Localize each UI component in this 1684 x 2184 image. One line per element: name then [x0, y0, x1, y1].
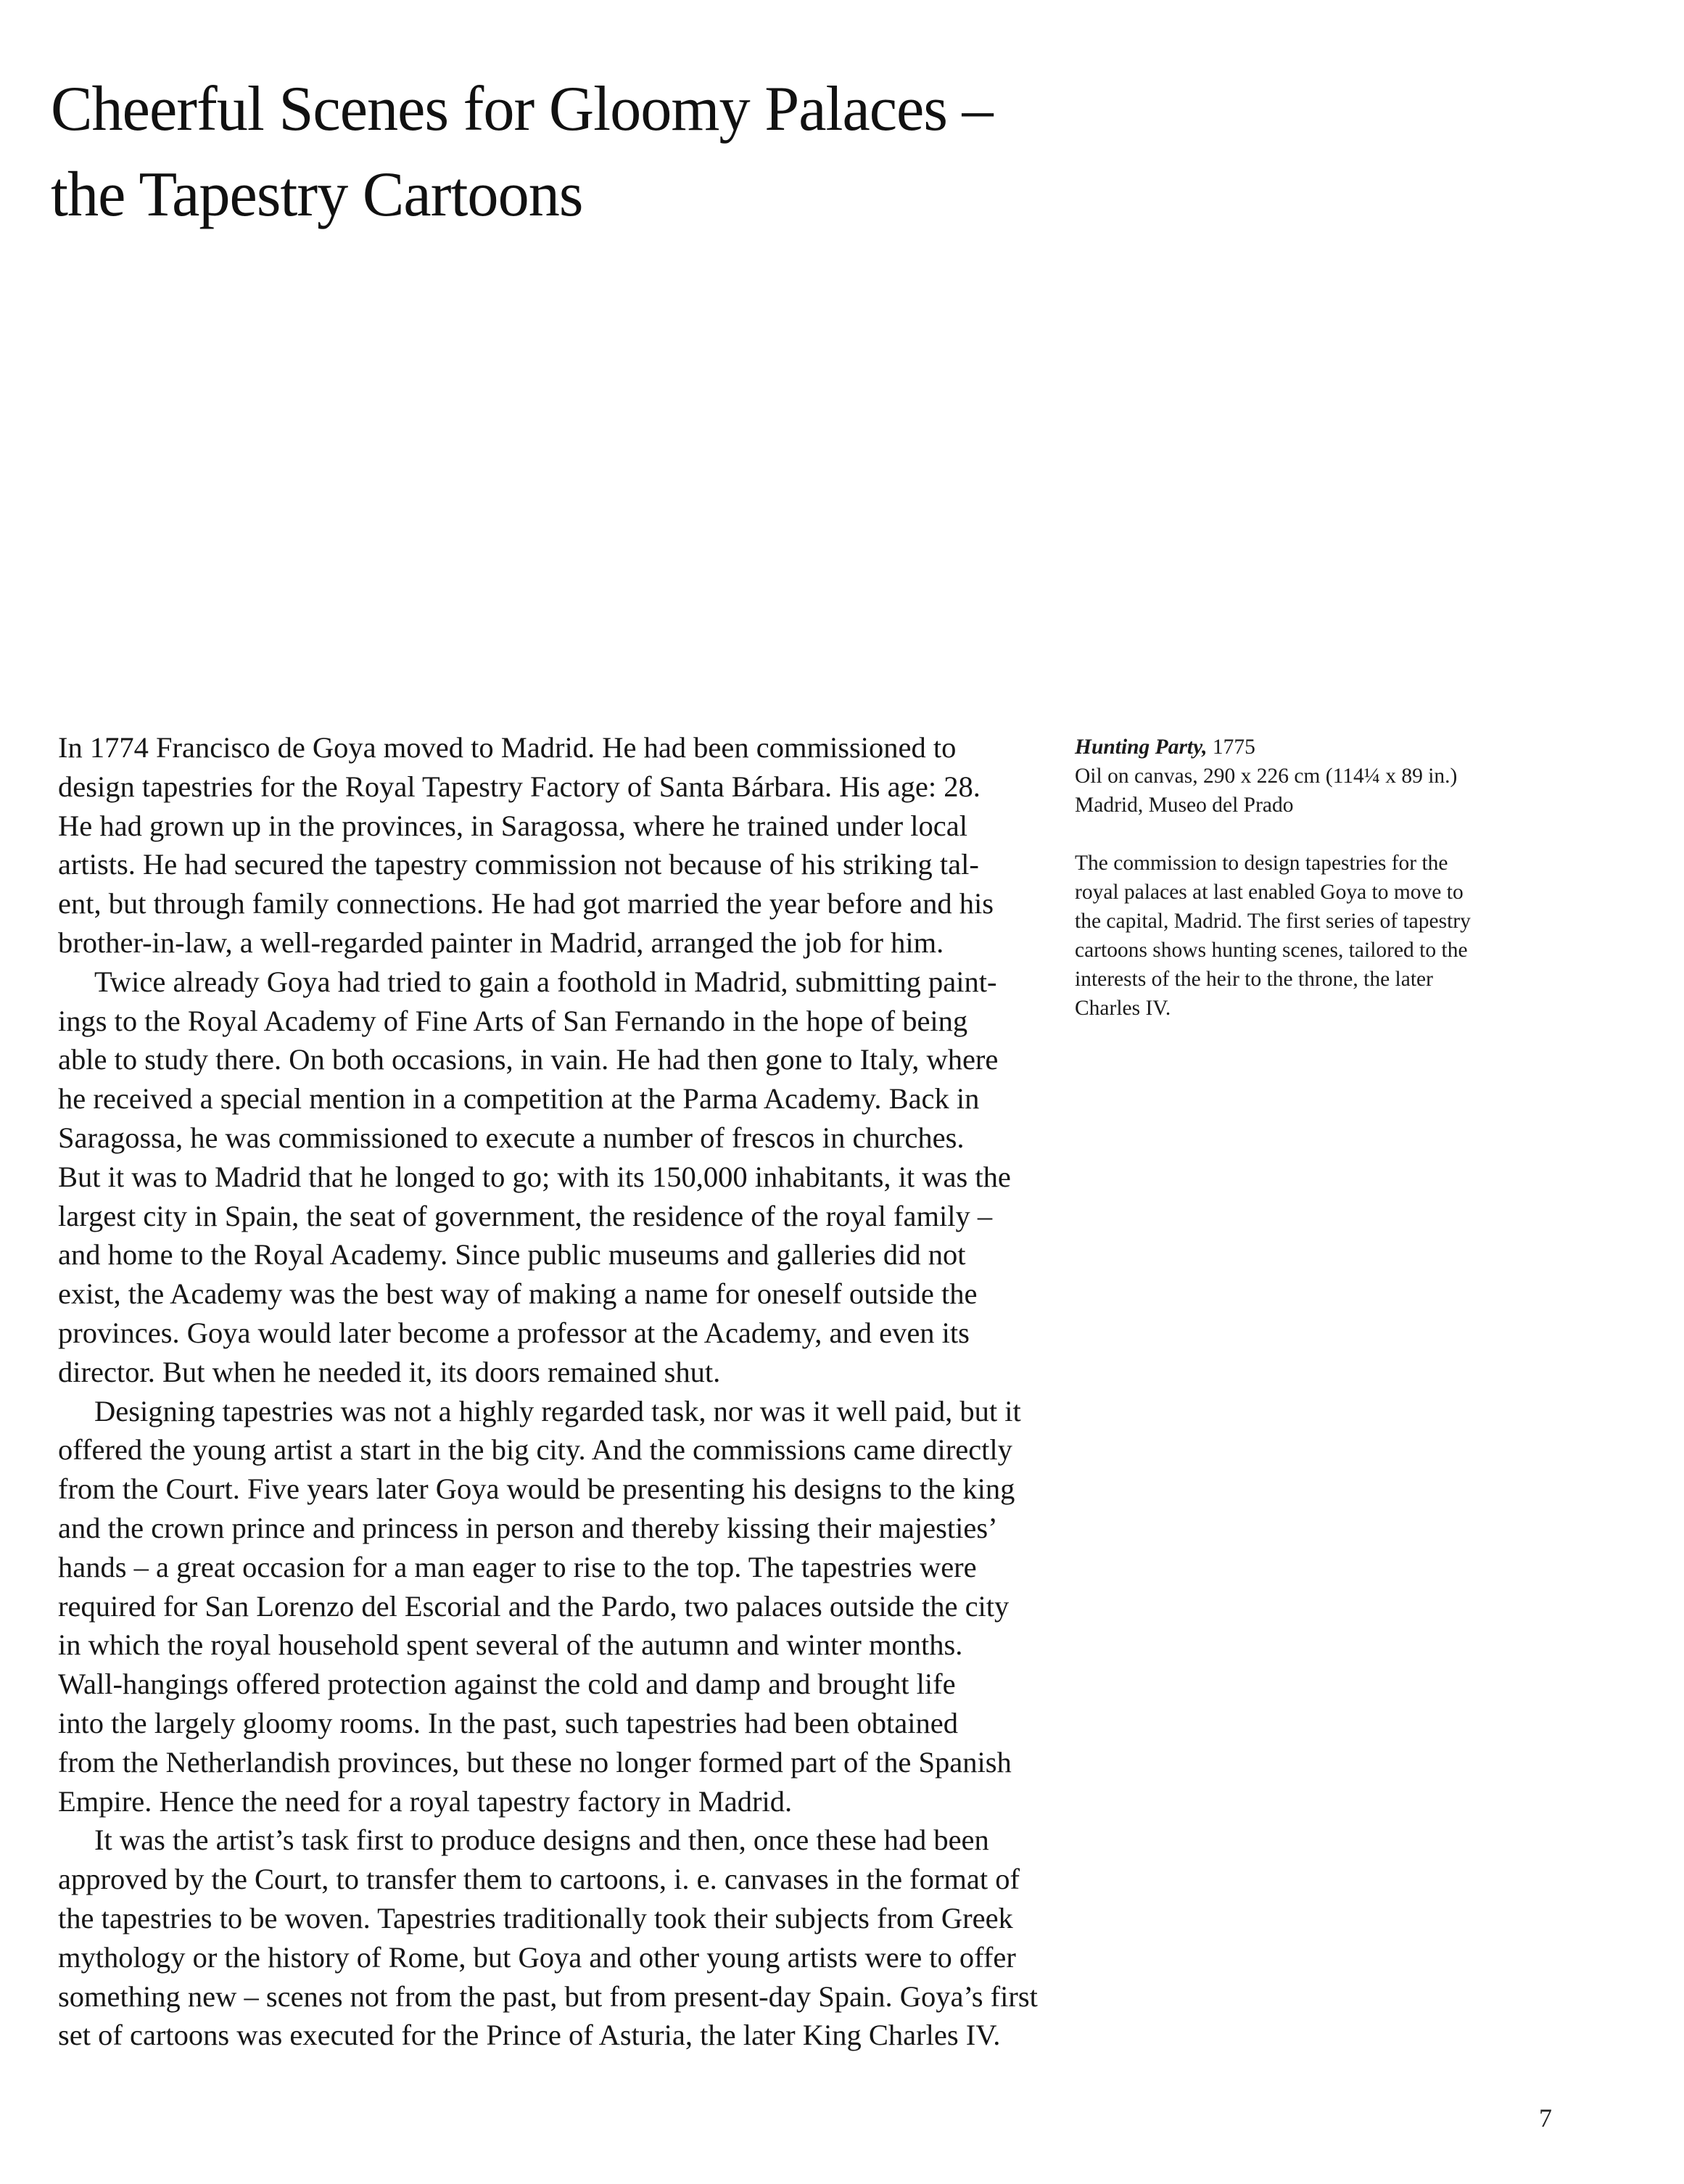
caption-line: interests of the heir to the throne, the… [1075, 965, 1553, 994]
artwork-medium: Oil on canvas, 290 x 226 cm (114¼ x 89 i… [1075, 762, 1553, 791]
artwork-title: Hunting Party, [1075, 735, 1208, 759]
title-line: the Tapestry Cartoons [51, 152, 1117, 238]
paragraph: It was the artist’s task first to produc… [58, 1821, 1048, 2055]
caption-description: The commission to design tapestries for … [1075, 849, 1553, 1023]
text-line: in which the royal household spent sever… [58, 1625, 1048, 1665]
figure-caption: Hunting Party, 1775 Oil on canvas, 290 x… [1075, 733, 1553, 1023]
text-line: provinces. Goya would later become a pro… [58, 1314, 1048, 1353]
text-line: from the Court. Five years later Goya wo… [58, 1470, 1048, 1509]
main-text-column: In 1774 Francisco de Goya moved to Madri… [58, 728, 1048, 2055]
paragraph: Designing tapestries was not a highly re… [58, 1392, 1048, 1821]
title-line: Cheerful Scenes for Gloomy Palaces – [51, 67, 1117, 152]
text-line: He had grown up in the provinces, in Sar… [58, 807, 1048, 846]
text-line: ings to the Royal Academy of Fine Arts o… [58, 1002, 1048, 1041]
caption-line: the capital, Madrid. The first series of… [1075, 907, 1553, 936]
text-line: set of cartoons was executed for the Pri… [58, 2016, 1048, 2055]
text-line: into the largely gloomy rooms. In the pa… [58, 1704, 1048, 1743]
text-line: In 1774 Francisco de Goya moved to Madri… [58, 728, 1048, 767]
caption-line: cartoons shows hunting scenes, tailored … [1075, 936, 1553, 965]
paragraph: In 1774 Francisco de Goya moved to Madri… [58, 728, 1048, 963]
text-line: artists. He had secured the tapestry com… [58, 845, 1048, 884]
text-line: and home to the Royal Academy. Since pub… [58, 1235, 1048, 1274]
text-line: Saragossa, he was commissioned to execut… [58, 1118, 1048, 1158]
text-line: But it was to Madrid that he longed to g… [58, 1158, 1048, 1197]
text-line: director. But when he needed it, its doo… [58, 1353, 1048, 1392]
caption-line: royal palaces at last enabled Goya to mo… [1075, 878, 1553, 907]
text-line: required for San Lorenzo del Escorial an… [58, 1587, 1048, 1626]
text-line: Empire. Hence the need for a royal tapes… [58, 1782, 1048, 1821]
artwork-year: 1775 [1208, 735, 1255, 759]
text-line: design tapestries for the Royal Tapestry… [58, 767, 1048, 807]
text-line: able to study there. On both occasions, … [58, 1040, 1048, 1079]
text-line: the tapestries to be woven. Tapestries t… [58, 1899, 1048, 1938]
paragraph: Twice already Goya had tried to gain a f… [58, 963, 1048, 1392]
text-line: Wall-hangings offered protection against… [58, 1665, 1048, 1704]
text-line: brother-in-law, a well-regarded painter … [58, 923, 1048, 963]
text-line: ent, but through family connections. He … [58, 884, 1048, 923]
text-line: mythology or the history of Rome, but Go… [58, 1938, 1048, 1977]
text-line: he received a special mention in a compe… [58, 1079, 1048, 1118]
artwork-location: Madrid, Museo del Prado [1075, 791, 1553, 820]
text-line: something new – scenes not from the past… [58, 1977, 1048, 2016]
text-line: It was the artist’s task first to produc… [58, 1821, 1048, 1860]
text-line: hands – a great occasion for a man eager… [58, 1548, 1048, 1587]
text-line: approved by the Court, to transfer them … [58, 1860, 1048, 1899]
caption-line: Charles IV. [1075, 994, 1553, 1023]
text-line: from the Netherlandish provinces, but th… [58, 1743, 1048, 1782]
page-number: 7 [1539, 2103, 1552, 2133]
caption-line: The commission to design tapestries for … [1075, 849, 1553, 878]
text-line: offered the young artist a start in the … [58, 1430, 1048, 1470]
page-title: Cheerful Scenes for Gloomy Palaces – the… [51, 67, 1117, 238]
text-line: largest city in Spain, the seat of gover… [58, 1197, 1048, 1236]
text-line: Designing tapestries was not a highly re… [58, 1392, 1048, 1431]
text-line: exist, the Academy was the best way of m… [58, 1274, 1048, 1314]
text-line: Twice already Goya had tried to gain a f… [58, 963, 1048, 1002]
caption-title-line: Hunting Party, 1775 [1075, 733, 1553, 762]
text-line: and the crown prince and princess in per… [58, 1509, 1048, 1548]
